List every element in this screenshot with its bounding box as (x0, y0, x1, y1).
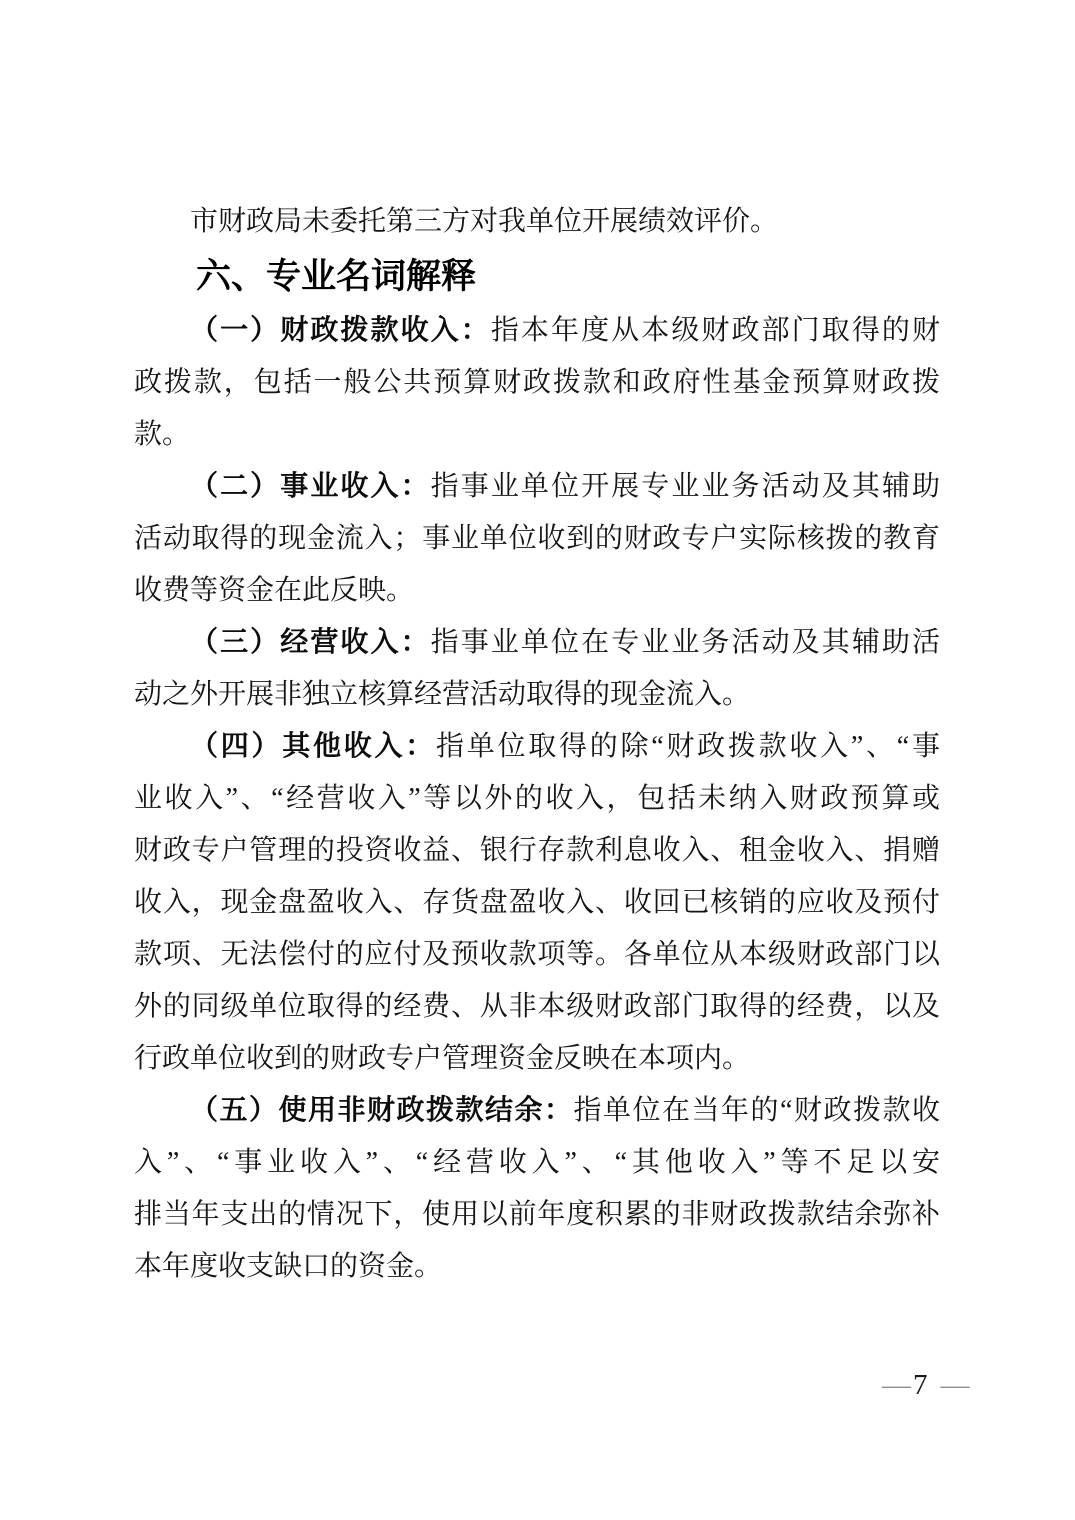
term-3-text-1: 指事业单位在专业业务活动及其辅助活 (431, 627, 940, 658)
document-page: 市财政局未委托第三方对我单位开展绩效评价。 六、专业名词解释 （一）财政拨款收入… (0, 0, 1075, 1520)
term-4-line-7: 行政单位收到的财政专户管理资金反映在本项内。 (134, 1033, 940, 1085)
page-number: —7— (882, 1368, 970, 1402)
term-2-line-1: （二）事业收入：指事业单位开展专业业务活动及其辅助 (134, 461, 940, 513)
term-3-line-1: （三）经营收入：指事业单位在专业业务活动及其辅助活 (134, 617, 940, 669)
page-number-left-dash: — (882, 1369, 911, 1401)
page-number-value: 7 (913, 1369, 928, 1401)
term-1-text-1: 指本年度从本级财政部门取得的财 (491, 315, 940, 346)
intro-paragraph-line: 市财政局未委托第三方对我单位开展绩效评价。 (134, 196, 940, 248)
term-2-text-1: 指事业单位开展专业业务活动及其辅助 (431, 471, 940, 502)
term-3-line-2: 动之外开展非独立核算经营活动取得的现金流入。 (134, 669, 940, 721)
term-5-text-1: 指单位在当年的“财政拨款收 (574, 1095, 940, 1126)
page-number-right-dash: — (941, 1369, 970, 1401)
term-1-line-3: 款。 (134, 409, 940, 461)
term-4-line-2: 业收入”、“经营收入”等以外的收入，包括未纳入财政预算或 (134, 773, 940, 825)
term-2-lead: （二）事业收入： (190, 471, 431, 502)
term-4-line-3: 财政专户管理的投资收益、银行存款利息收入、租金收入、捐赠 (134, 825, 940, 877)
term-5-lead: （五）使用非财政拨款结余： (190, 1095, 574, 1126)
term-3-lead: （三）经营收入： (190, 627, 431, 658)
term-5-line-3: 排当年支出的情况下，使用以前年度积累的非财政拨款结余弥补 (134, 1189, 940, 1241)
term-2-line-2: 活动取得的现金流入；事业单位收到的财政专户实际核拨的教育 (134, 513, 940, 565)
term-4-line-5: 款项、无法偿付的应付及预收款项等。各单位从本级财政部门以 (134, 929, 940, 981)
term-4-line-4: 收入，现金盘盈收入、存货盘盈收入、收回已核销的应收及预付 (134, 877, 940, 929)
term-4-lead: （四）其他收入： (190, 731, 436, 762)
term-4-text-1: 指单位取得的除“财政拨款收入”、“事 (436, 731, 940, 762)
term-1-line-1: （一）财政拨款收入：指本年度从本级财政部门取得的财 (134, 305, 940, 357)
term-2-line-3: 收费等资金在此反映。 (134, 565, 940, 617)
section-heading: 六、专业名词解释 (134, 248, 940, 305)
term-5-line-2: 入”、“事业收入”、“经营收入”、“其他收入”等不足以安 (134, 1137, 940, 1189)
term-1-line-2: 政拨款，包括一般公共预算财政拨款和政府性基金预算财政拨 (134, 357, 940, 409)
term-5-line-4: 本年度收支缺口的资金。 (134, 1241, 940, 1293)
term-4-line-6: 外的同级单位取得的经费、从非本级财政部门取得的经费，以及 (134, 981, 940, 1033)
document-text-block: 市财政局未委托第三方对我单位开展绩效评价。 六、专业名词解释 （一）财政拨款收入… (134, 196, 940, 1293)
term-4-line-1: （四）其他收入：指单位取得的除“财政拨款收入”、“事 (134, 721, 940, 773)
term-5-line-1: （五）使用非财政拨款结余：指单位在当年的“财政拨款收 (134, 1085, 940, 1137)
term-1-lead: （一）财政拨款收入： (190, 315, 491, 346)
